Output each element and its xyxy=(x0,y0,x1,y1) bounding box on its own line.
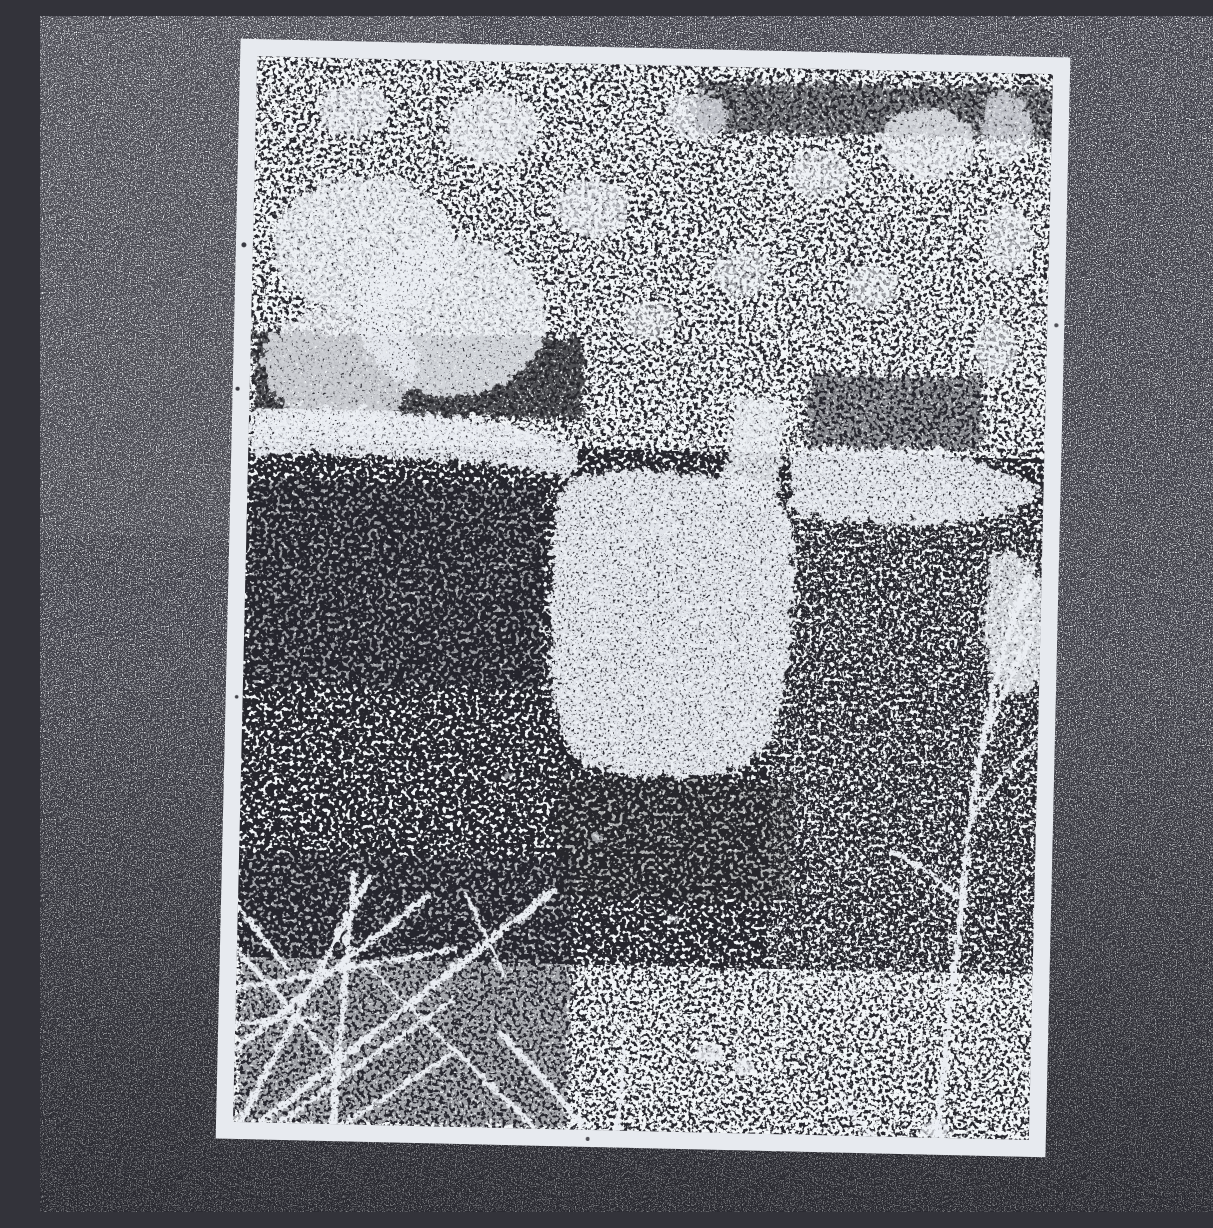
dark-patch xyxy=(243,475,543,687)
dark-patch xyxy=(553,774,791,899)
photocopy-scan xyxy=(40,16,1213,1212)
photo xyxy=(195,38,1070,1163)
dark-patch xyxy=(804,370,981,446)
photocopy-figure xyxy=(40,16,1213,1212)
